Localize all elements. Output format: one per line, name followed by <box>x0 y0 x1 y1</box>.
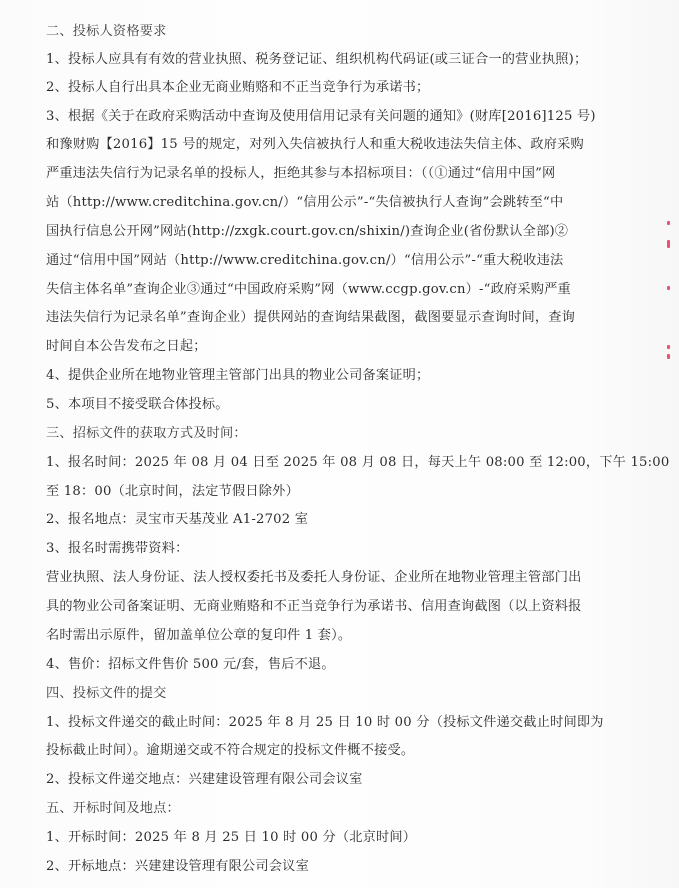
text-line: 具的物业公司备案证明、无商业贿赂和不正当竞争行为承诺书、信用查询截图（以上资料报 <box>46 598 566 616</box>
seal-mark <box>667 221 670 225</box>
seal-mark <box>667 354 670 359</box>
text-line: 违法失信行为记录名单”查询企业）提供网站的查询结果截图，截图要显示查询时间，查询 <box>46 309 566 327</box>
text-line: 2、报名地点：灵宝市天基茂业 A1-2702 室 <box>46 511 566 529</box>
text-line: 至 18：00（北京时间，法定节假日除外） <box>46 483 566 501</box>
text-line: 3、根据《关于在政府采购活动中查询及使用信用记录有关问题的通知》(财库[2016… <box>46 108 566 126</box>
text-line: 3、报名时需携带资料： <box>46 540 566 558</box>
text-line: 5、本项目不接受联合体投标。 <box>46 396 566 414</box>
scanned-document-page: 二、投标人资格要求 1、投标人应具有有效的营业执照、税务登记证、组织机构代码证(… <box>0 0 679 888</box>
section-heading-5: 五、开标时间及地点： <box>46 800 566 818</box>
text-line: 站（http://www.creditchina.gov.cn/）“信用公示”-… <box>46 194 566 212</box>
text-line: 失信主体名单”查询企业③通过“中国政府采购”网（www.ccgp.gov.cn）… <box>46 281 566 299</box>
text-line: 投标截止时间）。逾期递交或不符合规定的投标文件概不接受。 <box>46 742 566 760</box>
text-line: 名时需出示原件，留加盖单位公章的复印件 1 套）。 <box>46 627 566 645</box>
seal-mark <box>667 345 670 349</box>
text-line: 国执行信息公开网”网站(http://zxgk.court.gov.cn/shi… <box>46 223 566 241</box>
text-line: 和豫财购【2016】15 号的规定，对列入失信被执行人和重大税收违法失信主体、政… <box>46 136 566 154</box>
text-line: 1、投标文件递交的截止时间：2025 年 8 月 25 日 10 时 00 分（… <box>46 714 566 732</box>
text-line: 2、开标地点：兴建建设管理有限公司会议室 <box>46 858 566 876</box>
text-line: 2、投标文件递交地点：兴建建设管理有限公司会议室 <box>46 771 566 789</box>
text-line: 时间自本公告发布之日起； <box>46 338 566 356</box>
text-line: 严重违法失信行为记录名单的投标人，拒绝其参与本招标项目：（（①通过“信用中国”网 <box>46 165 566 183</box>
text-line: 2、投标人自行出具本企业无商业贿赂和不正当竞争行为承诺书； <box>46 79 566 97</box>
section-heading-4: 四、投标文件的提交 <box>46 685 566 703</box>
seal-mark <box>667 286 670 290</box>
section-heading-2: 二、投标人资格要求 <box>46 23 566 41</box>
section-heading-3: 三、招标文件的获取方式及时间： <box>46 425 566 443</box>
text-line: 1、投标人应具有有效的营业执照、税务登记证、组织机构代码证(或三证合一的营业执照… <box>46 51 566 69</box>
text-line: 营业执照、法人身份证、法人授权委托书及委托人身份证、企业所在地物业管理主管部门出 <box>46 569 566 587</box>
seal-mark <box>667 240 670 248</box>
text-line: 4、售价：招标文件售价 500 元/套，售后不退。 <box>46 656 566 674</box>
text-line: 1、报名时间：2025 年 08 月 04 日至 2025 年 08 月 08 … <box>46 454 566 472</box>
text-line: 4、提供企业所在地物业管理主管部门出具的物业公司备案证明； <box>46 367 566 385</box>
text-line: 通过“信用中国”网站（http://www.creditchina.gov.cn… <box>46 252 566 270</box>
text-line: 1、开标时间：2025 年 8 月 25 日 10 时 00 分（北京时间） <box>46 829 566 847</box>
